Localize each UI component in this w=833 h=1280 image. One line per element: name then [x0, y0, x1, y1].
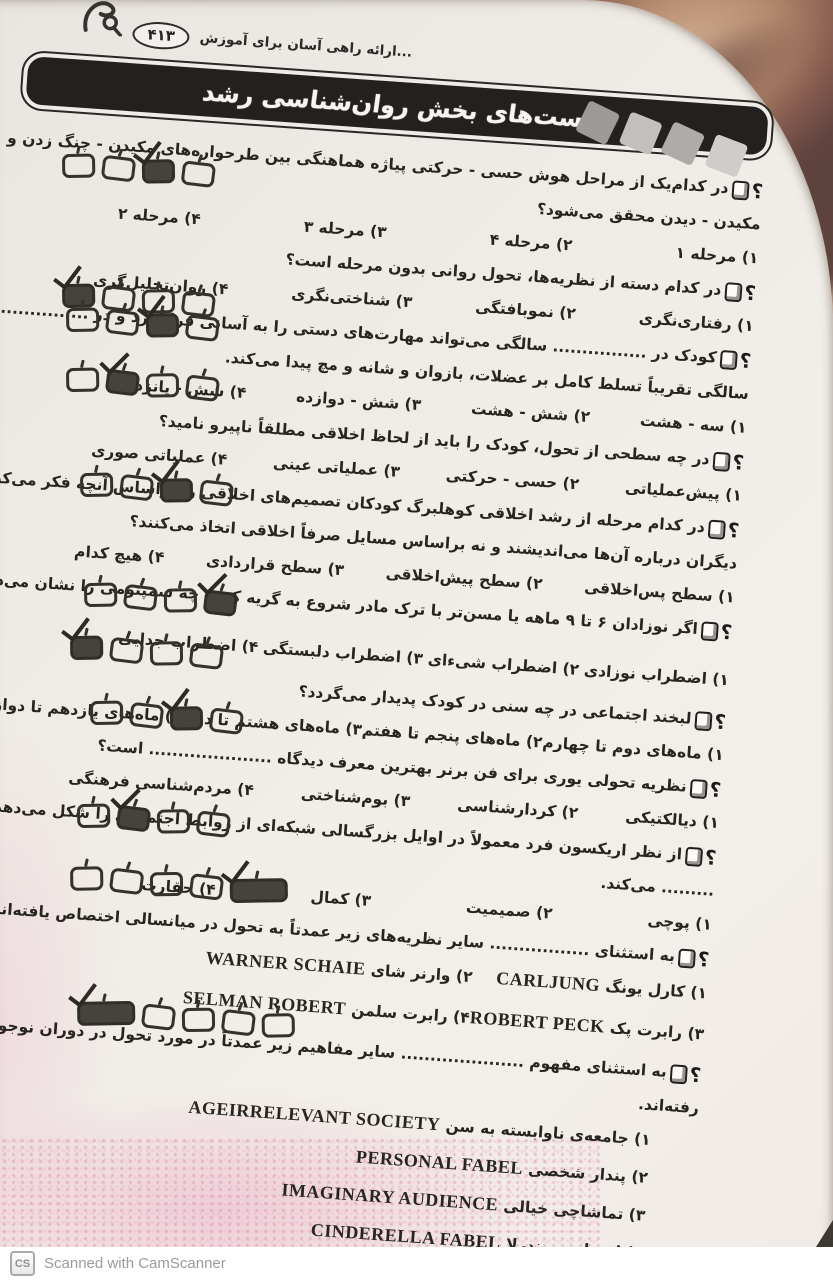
- answer-box: [196, 810, 232, 838]
- cube-icon: [708, 520, 726, 540]
- option: ۲) ماه‌های پنجم تا هفتم: [361, 719, 543, 755]
- question-bullet-icon: ؟: [708, 520, 740, 541]
- marked-answer-box: [160, 478, 193, 503]
- option: ۱) مرحله ۱: [675, 242, 759, 271]
- option: ۲) اضطراب شیءای: [427, 648, 580, 682]
- option: ۱) پیش‌عملیاتی: [624, 477, 742, 508]
- marked-answer-box: [230, 878, 288, 903]
- option: ۱) کارل یونگ CARLJUNG: [472, 965, 708, 1005]
- option: ۲) نموبافتگی: [475, 296, 577, 326]
- option: ۲) شش - هشت: [470, 398, 591, 429]
- marked-answer-box: [203, 589, 239, 617]
- option: ۲) سطح پیش‌اخلاقی: [385, 562, 543, 596]
- answer-box: [146, 373, 179, 398]
- banner-decor-squares: [580, 103, 754, 149]
- option: ۲) حسی - حرکتی: [445, 464, 580, 496]
- option: ۱) سه - هشت: [639, 410, 747, 440]
- cube-icon: [732, 180, 750, 200]
- answer-box: [157, 809, 190, 834]
- answer-box: [262, 1013, 295, 1038]
- option: ۳) رابرت پک ROBERT PECK: [469, 1006, 705, 1046]
- marked-answer-box: [170, 706, 203, 731]
- answer-box: [70, 866, 103, 891]
- cube-icon: [670, 1064, 688, 1084]
- cube-icon: [678, 949, 696, 969]
- option: ۳) شش - دوازده: [295, 386, 422, 418]
- answer-box: [101, 155, 137, 183]
- answer-box: [109, 867, 145, 895]
- answer-box: [181, 290, 217, 318]
- answer-box: [109, 637, 145, 665]
- option: ۴) مردم‌شناسی فرهنگی: [68, 767, 255, 803]
- page-corner-fold: [816, 1220, 833, 1247]
- option: ۳) بوم‌شناختی: [300, 783, 411, 814]
- answer-box: [119, 474, 155, 502]
- cube-icon: [685, 847, 703, 867]
- option: ۳) شناختی‌نگری: [291, 283, 414, 314]
- question-bullet-icon: ؟: [725, 282, 757, 303]
- marked-answer-box: [77, 1001, 135, 1026]
- cube-icon: [690, 779, 708, 799]
- question-bullet-icon: ؟: [690, 779, 722, 800]
- question-bullet-icon: ؟: [670, 1064, 702, 1085]
- answer-box: [141, 1003, 177, 1031]
- option: ۳) مرحله ۳: [303, 216, 387, 245]
- publisher-logo-icon: [78, 0, 125, 40]
- question-bullet-icon: ؟: [720, 350, 752, 371]
- answer-box: [164, 588, 197, 613]
- answer-box: [221, 1009, 257, 1037]
- question-bullet-icon: ؟: [701, 621, 733, 642]
- answer-box: [150, 641, 183, 666]
- option: ۳) سطح قراردادی: [205, 550, 345, 583]
- question-bullet-icon: ؟: [695, 711, 727, 732]
- question-bullet-icon: ؟: [678, 949, 710, 970]
- answer-box: [105, 309, 141, 337]
- option: ۴) هیچ کدام: [73, 540, 165, 569]
- answer-box: [66, 308, 99, 333]
- answer-box: [77, 804, 110, 829]
- cube-icon: [720, 350, 738, 370]
- cube-icon: [713, 452, 731, 472]
- answer-box: [209, 707, 245, 735]
- answer-box: [199, 479, 235, 507]
- cube-icon: [725, 282, 743, 302]
- answer-box: [101, 285, 137, 313]
- book-tagline: ارائه راهی آسان برای آموزش...: [199, 30, 412, 61]
- answer-box: [181, 160, 217, 188]
- page-number: ۴۱۳: [132, 20, 191, 51]
- cube-icon: [695, 711, 713, 731]
- question-bullet-icon: ؟: [732, 180, 764, 201]
- option: ۱) اضطراب نوزادی: [583, 659, 729, 692]
- marked-answer-box: [62, 284, 95, 309]
- answer-box: [189, 642, 225, 670]
- option: ۱) رفتاری‌نگری: [638, 307, 754, 338]
- answer-box: [182, 1008, 215, 1033]
- option: ۱) سطح پس‌اخلاقی: [583, 576, 735, 609]
- answer-box: [185, 374, 221, 402]
- option: ۲) مرحله ۴: [489, 229, 573, 258]
- camscanner-footer: CS Scanned with CamScanner: [0, 1247, 833, 1280]
- option: ۳) عملیاتی عینی: [272, 452, 401, 484]
- marked-answer-box: [142, 159, 175, 184]
- option: ۴) مرحله ۲: [117, 203, 201, 232]
- option: ۱) پوچی: [647, 909, 713, 936]
- marked-answer-box: [70, 636, 103, 661]
- option: ۱) ماه‌های دوم تا چهارم: [542, 732, 725, 768]
- answer-box: [129, 702, 165, 730]
- answer-box: [150, 872, 183, 897]
- camscanner-watermark-text: Scanned with CamScanner: [44, 1255, 226, 1272]
- marked-answer-box: [116, 805, 152, 833]
- option: ۱) دیالکتیکی: [625, 805, 720, 834]
- marked-answer-box: [146, 313, 179, 338]
- answer-box: [66, 368, 99, 393]
- answer-box: [189, 873, 225, 901]
- answer-box: [123, 584, 159, 612]
- question-bullet-icon: ؟: [685, 847, 717, 868]
- answer-box: [84, 583, 117, 608]
- section-title: تست‌های بخش روان‌شناسی رشد: [200, 78, 594, 133]
- answer-box: [80, 473, 113, 498]
- answer-box: [185, 314, 221, 342]
- option: ۲) کردارشناسی: [456, 794, 578, 825]
- option: ۲) صمیمیت: [465, 897, 553, 926]
- option: ۳) کمال: [310, 886, 372, 913]
- cube-icon: [701, 621, 719, 641]
- question-bullet-icon: ؟: [713, 452, 745, 473]
- marked-answer-box: [105, 369, 141, 397]
- camscanner-badge-icon: CS: [10, 1251, 35, 1276]
- answer-box: [90, 701, 123, 726]
- answer-box: [62, 154, 95, 179]
- option: ۳) اضطراب دلبستگی: [262, 637, 423, 671]
